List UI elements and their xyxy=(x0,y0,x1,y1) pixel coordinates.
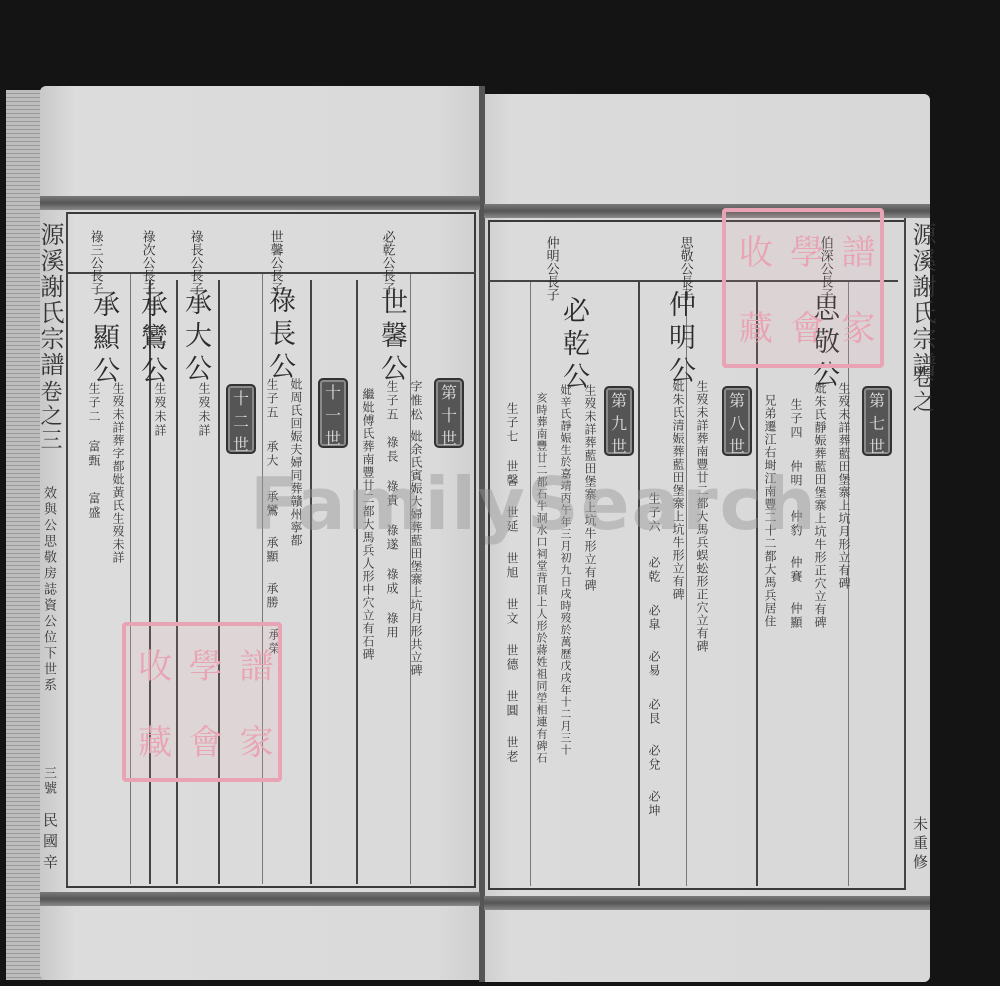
person-detail: 生歿未詳 xyxy=(154,382,166,438)
person-name: 必乾公 xyxy=(560,296,587,395)
header-cell: 必乾公長子 xyxy=(380,230,394,295)
column-divider xyxy=(218,280,220,884)
column-divider xyxy=(262,274,263,884)
sons-label: 生子五 xyxy=(266,378,278,420)
generation-badge: 第七世 xyxy=(862,386,892,456)
header-cell: 祿三公長子 xyxy=(88,230,102,295)
son-name: 祿成 xyxy=(386,568,398,596)
familysearch-watermark: FamilySearch xyxy=(250,462,818,546)
person-detail: 字惟松 xyxy=(410,380,422,422)
son-name: 世德 xyxy=(506,644,518,672)
son-name: 必易 xyxy=(648,650,660,678)
left-spine-title: 源溪謝氏宗譜 xyxy=(38,222,62,378)
son-name: 必乾 xyxy=(648,556,660,584)
son-name: 仲顯 xyxy=(790,602,802,630)
left-spine-section: 效與公思敬房誌資公位下世系 xyxy=(42,486,55,694)
right-spine-title: 源溪謝氏宗譜 xyxy=(910,222,934,378)
column-divider xyxy=(638,282,640,886)
person-detail: 生歿未詳葬藍田堡寨上坑月形立有碑 xyxy=(838,382,850,590)
son-name: 必皐 xyxy=(648,604,660,632)
red-collection-seal: 收學譜 藏會家 xyxy=(722,208,884,368)
son-name: 富甄 xyxy=(88,440,100,468)
person-name: 承大公 xyxy=(182,288,209,387)
top-ink-band-left xyxy=(40,196,480,210)
sons-label: 生子五 xyxy=(386,380,398,422)
son-name: 世圓 xyxy=(506,690,518,718)
column-divider xyxy=(310,280,312,884)
generation-badge: 十二世 xyxy=(226,384,256,454)
header-cell: 仲明公長子 xyxy=(544,236,558,301)
sons-label: 生子四 xyxy=(790,398,802,440)
son-name: 必艮 xyxy=(648,698,660,726)
header-cell: 祿長公長子 xyxy=(188,230,202,295)
son-name: 祿用 xyxy=(386,612,398,640)
generation-badge: 第八世 xyxy=(722,386,752,456)
son-name: 世文 xyxy=(506,598,518,626)
generation-badge: 第十世 xyxy=(434,378,464,448)
person-name: 世馨公 xyxy=(378,288,405,387)
son-name: 必坤 xyxy=(648,790,660,818)
person-detail: 生歿未詳葬字都妣黃氏生歿未詳 xyxy=(112,382,124,564)
bottom-ink-band-right xyxy=(484,896,930,910)
person-detail: 妣辛氏靜娠生於嘉靖丙午年三月初九日戌時歿於萬歷戊戌年十二月三十 xyxy=(560,384,571,756)
son-name: 祿長 xyxy=(386,436,398,464)
sons-label: 生子七 xyxy=(506,402,518,444)
right-spine-era: 未重修 xyxy=(912,816,927,873)
left-spine-era: 民國辛 xyxy=(42,812,57,875)
son-name: 世老 xyxy=(506,736,518,764)
person-detail: 生歿未詳 xyxy=(198,382,210,438)
column-divider xyxy=(356,280,358,884)
column-divider xyxy=(176,280,178,884)
generation-badge: 第九世 xyxy=(604,386,634,456)
person-name: 祿長公 xyxy=(266,286,293,385)
son-name: 承勝 xyxy=(266,582,278,610)
left-spine-number: 三號 xyxy=(42,766,55,796)
right-spine-border xyxy=(904,218,906,888)
header-cell: 祿次公長子 xyxy=(140,230,154,295)
left-spine-border xyxy=(66,212,68,886)
person-name: 承鸞公 xyxy=(138,290,165,389)
left-spine-volume: 卷之三 xyxy=(38,380,60,452)
right-spine-volume: 卷之 xyxy=(910,366,932,414)
sons-label: 生子二 xyxy=(88,382,100,424)
son-name: 富盛 xyxy=(88,492,100,520)
bottom-ink-band-left xyxy=(40,892,480,906)
son-name: 世旭 xyxy=(506,552,518,580)
column-divider xyxy=(130,274,131,884)
red-collection-seal: 收學譜 藏會家 xyxy=(122,622,282,782)
column-divider xyxy=(756,282,758,886)
column-divider xyxy=(530,282,531,886)
generation-badge: 十一世 xyxy=(318,378,348,448)
son-name: 必兌 xyxy=(648,744,660,772)
person-detail: 亥時葬南豐廿二都石牛洞水口祠堂背頂上人形於蔣姓祖同塋相連有碑石 xyxy=(536,392,547,764)
person-name: 承顯公 xyxy=(90,290,117,389)
son-name: 仲賽 xyxy=(790,556,802,584)
person-name: 仲明公 xyxy=(666,290,693,389)
